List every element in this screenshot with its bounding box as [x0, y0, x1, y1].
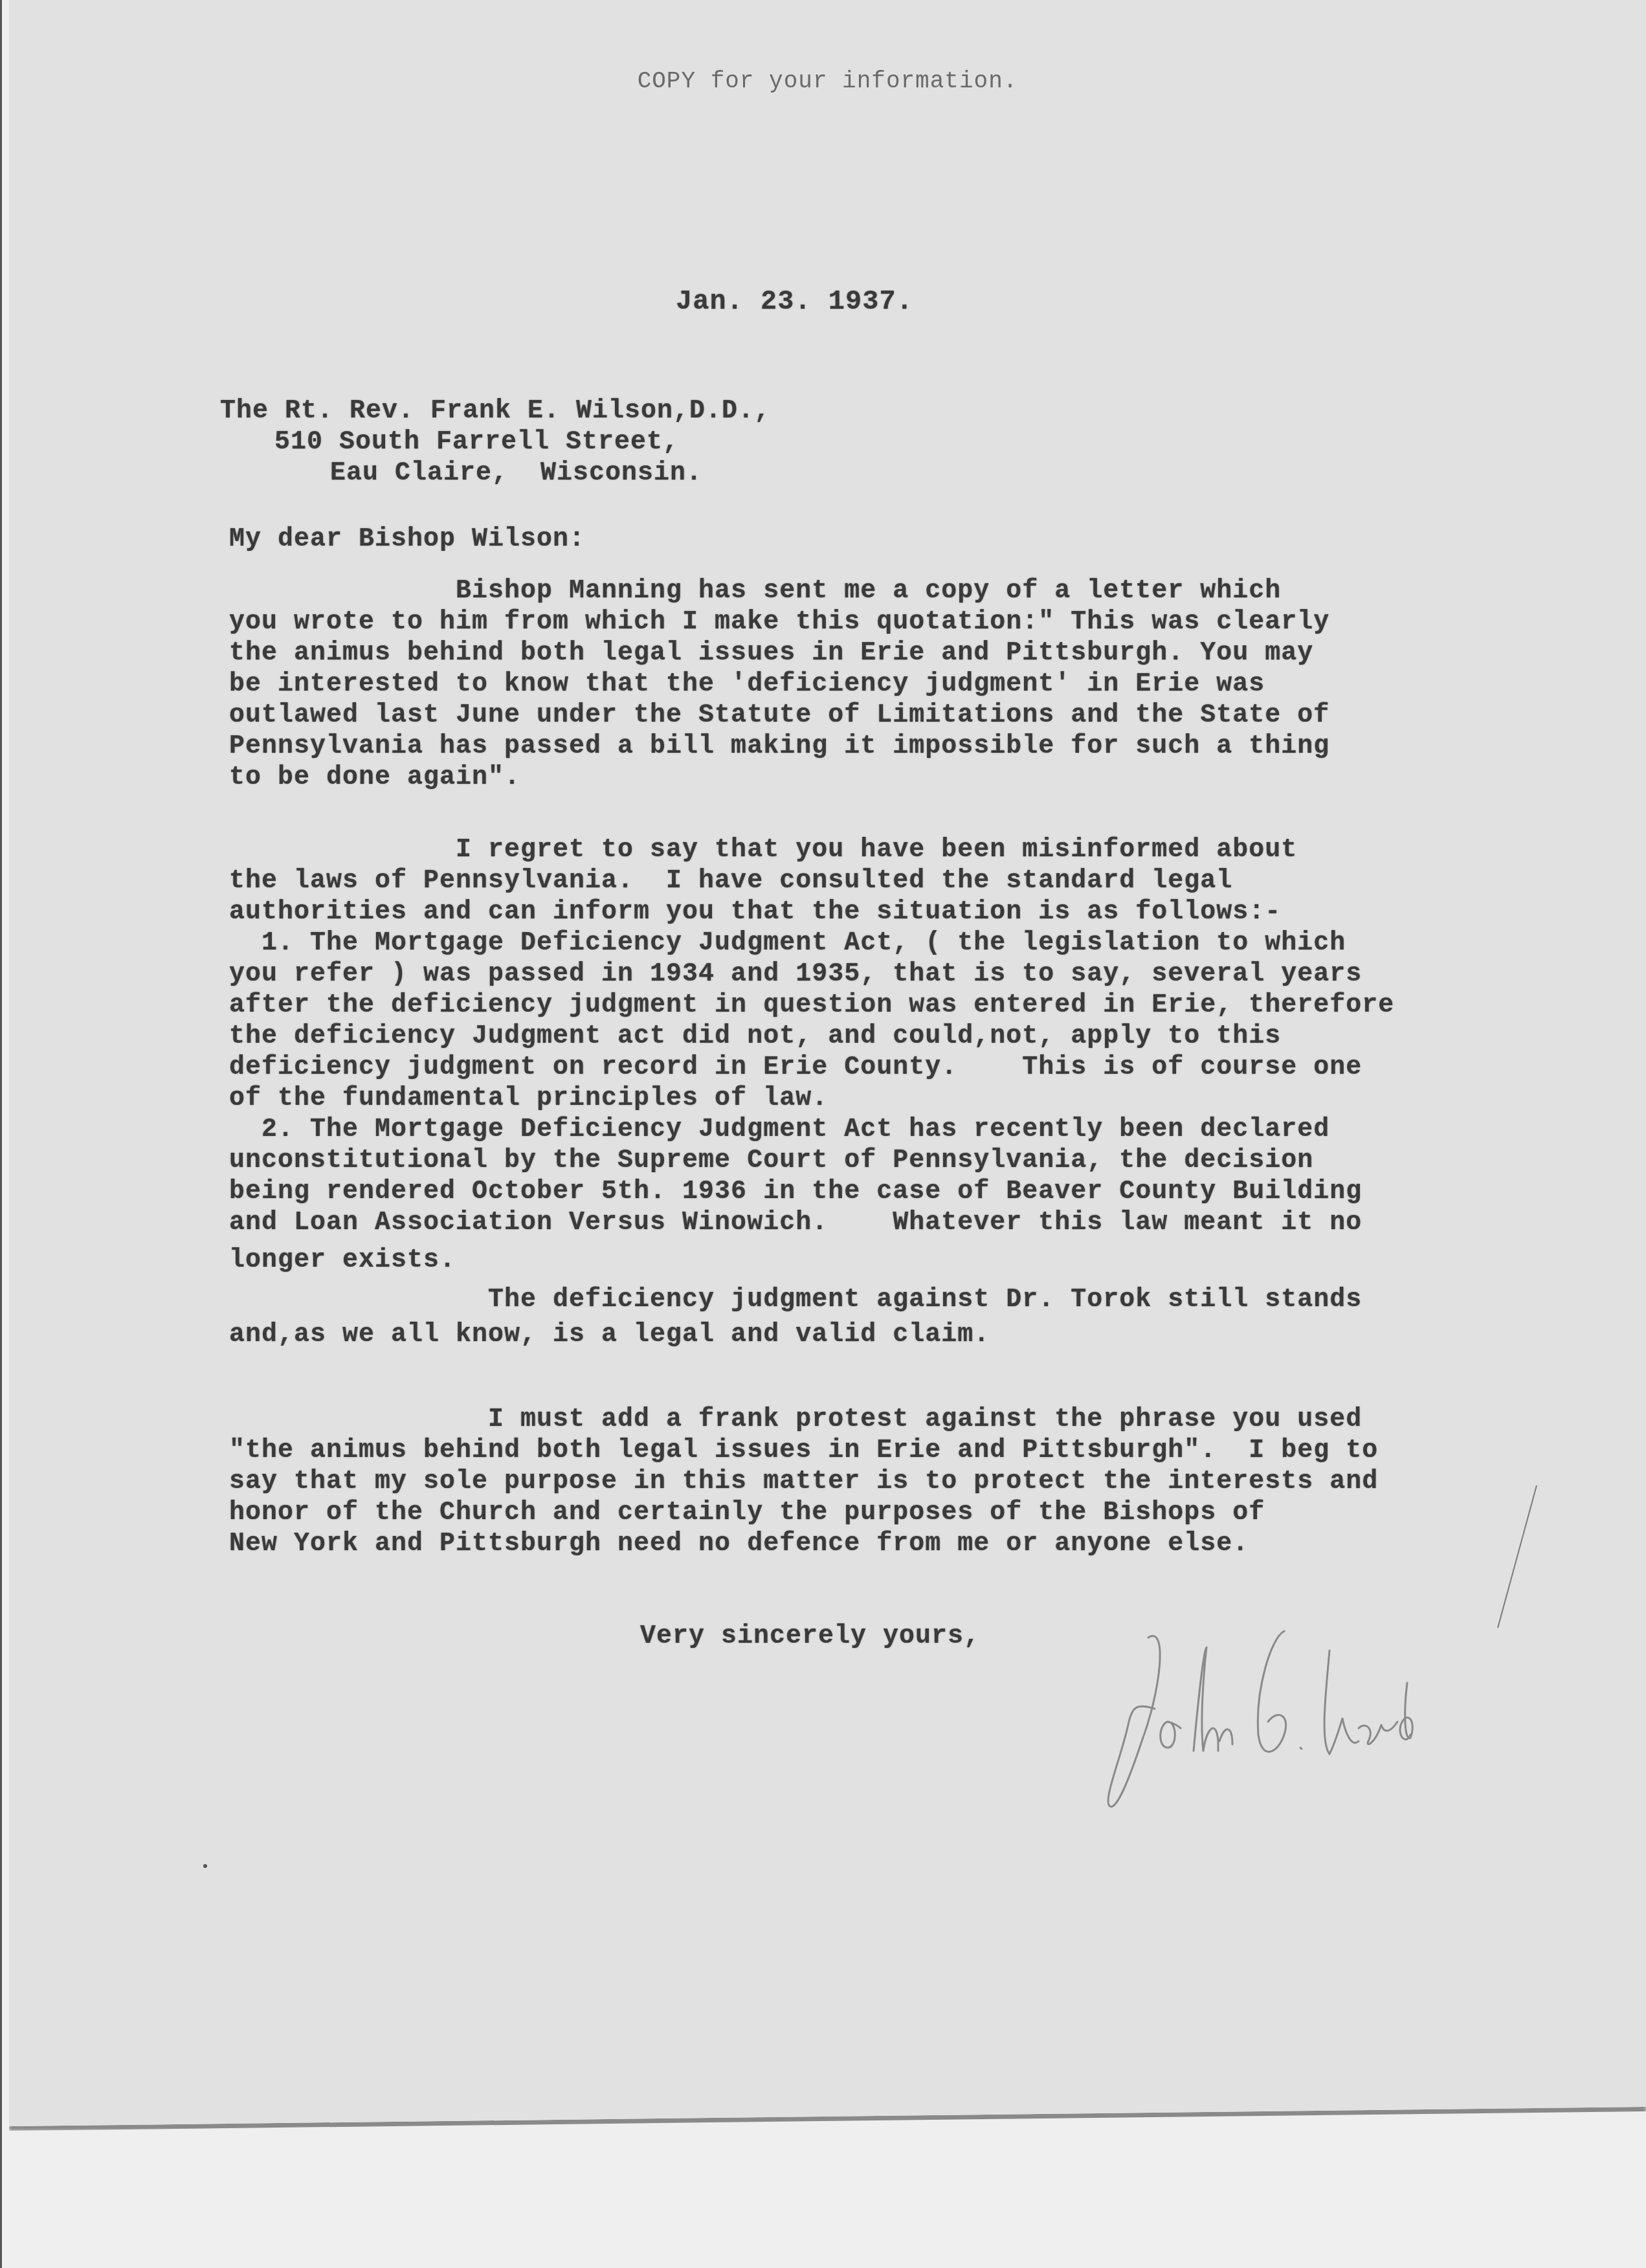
text-line: I must add a frank protest against the p…: [229, 1405, 1640, 1436]
text-line: the deficiency Judgment act did not, and…: [229, 1021, 1640, 1052]
text-line: of the fundamental principles of law.: [229, 1084, 1640, 1115]
handwritten-signature: [1071, 1612, 1524, 1832]
letter-page: COPY for your information. Jan. 23. 1937…: [9, 0, 1646, 2126]
text-line: New York and Pittsburgh need no defence …: [229, 1529, 1640, 1560]
text-line: authorities and can inform you that the …: [229, 897, 1640, 928]
paper-speck: [203, 1864, 207, 1868]
text-line: I regret to say that you have been misin…: [229, 835, 1640, 866]
text-line: the animus behind both legal issues in E…: [229, 638, 1640, 669]
text-line: you wrote to him from which I make this …: [229, 607, 1640, 638]
recipient-line-2: 510 South Farrell Street,: [274, 427, 679, 458]
text-line: say that my sole purpose in this matter …: [229, 1467, 1640, 1498]
text-line: and,as we all know, is a legal and valid…: [229, 1320, 1640, 1351]
list-item-1: 1. The Mortgage Deficiency Judgment Act,…: [229, 928, 1640, 959]
text-line: "the animus behind both legal issues in …: [229, 1436, 1640, 1467]
text-line: longer exists.: [229, 1245, 1640, 1276]
text-line: honor of the Church and certainly the pu…: [229, 1498, 1640, 1529]
text-line: The deficiency judgment against Dr. Toro…: [229, 1285, 1640, 1316]
text-line: outlawed last June under the Statute of …: [229, 700, 1640, 731]
text-line: being rendered October 5th. 1936 in the …: [229, 1177, 1640, 1208]
text-line: be interested to know that the 'deficien…: [229, 669, 1640, 700]
scanner-edge: [0, 0, 2, 2268]
text-line: to be done again".: [229, 762, 1640, 794]
paragraph-2: I regret to say that you have been misin…: [229, 835, 1640, 1276]
paragraph-3: The deficiency judgment against Dr. Toro…: [229, 1285, 1640, 1351]
text-line: you refer ) was passed in 1934 and 1935,…: [229, 959, 1640, 990]
recipient-line-1: The Rt. Rev. Frank E. Wilson,D.D.,: [220, 396, 770, 427]
text-line: Pennsylvania has passed a bill making it…: [229, 731, 1640, 762]
text-line: unconstitutional by the Supreme Court of…: [229, 1146, 1640, 1177]
text-line: the laws of Pennsylvania. I have consult…: [229, 866, 1640, 897]
salutation: My dear Bishop Wilson:: [229, 524, 585, 555]
paragraph-1: Bishop Manning has sent me a copy of a l…: [229, 576, 1640, 794]
text-line: Bishop Manning has sent me a copy of a l…: [229, 576, 1640, 607]
closing: Very sincerely yours,: [640, 1621, 980, 1652]
recipient-line-3: Eau Claire, Wisconsin.: [330, 458, 702, 489]
pen-stroke-mark: [1491, 1482, 1543, 1631]
text-line: deficiency judgment on record in Erie Co…: [229, 1052, 1640, 1084]
letter-date: Jan. 23. 1937.: [676, 286, 913, 317]
copy-note: COPY for your information.: [9, 68, 1646, 94]
text-line: after the deficiency judgment in questio…: [229, 990, 1640, 1021]
list-item-2: 2. The Mortgage Deficiency Judgment Act …: [229, 1115, 1640, 1146]
text-line: and Loan Association Versus Winowich. Wh…: [229, 1208, 1640, 1239]
paragraph-4: I must add a frank protest against the p…: [229, 1405, 1640, 1560]
